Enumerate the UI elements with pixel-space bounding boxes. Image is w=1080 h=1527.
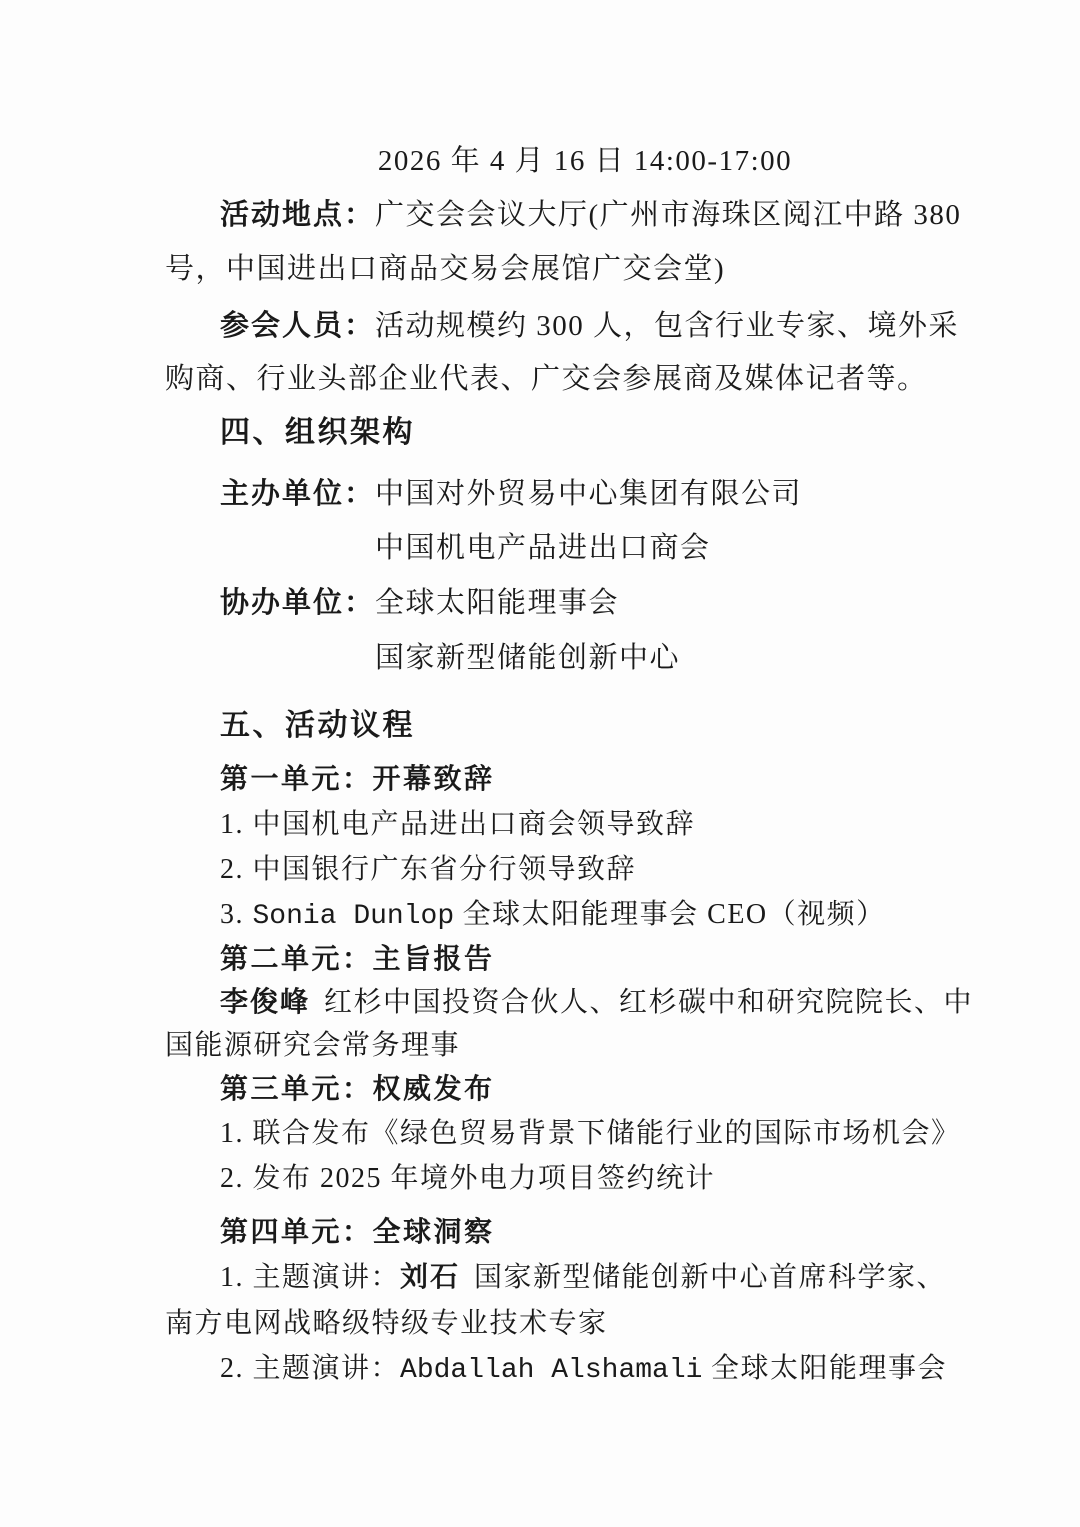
org-structure-heading-text: 四、组织架构 <box>220 416 415 449</box>
participants-text: 活动规模约 300 人，包含行业专家、境外采 <box>375 310 959 342</box>
unit1-item-2: 2. 中国银行广东省分行领导致辞 <box>220 853 925 887</box>
unit1-item-3-rest: 全球太阳能理事会 CEO（视频） <box>454 899 886 930</box>
unit4-item-1: 1. 主题演讲：刘石国家新型储能创新中心首席科学家、 <box>220 1261 925 1295</box>
unit4-item-2-prefix: 2. 主题演讲： <box>220 1353 400 1384</box>
unit4-item-2-rest: 全球太阳能理事会 <box>702 1353 947 1384</box>
unit3-item-2: 2. 发布 2025 年境外电力项目签约统计 <box>220 1162 925 1196</box>
unit2-speaker-name: 李俊峰 <box>220 987 310 1018</box>
unit3-item-1-text: 1. 联合发布《绿色贸易背景下储能行业的国际市场机会》 <box>220 1118 961 1149</box>
unit2-speaker-desc-continuation-text: 国能源研究会常务理事 <box>165 1030 460 1061</box>
unit3-title: 第三单元：权威发布 <box>220 1073 925 1107</box>
unit3-item-2-text: 2. 发布 2025 年境外电力项目签约统计 <box>220 1163 715 1194</box>
unit1-item-3-prefix: 3. <box>220 899 253 930</box>
unit4-item-1-prefix: 1. 主题演讲： <box>220 1262 400 1293</box>
participants-label: 参会人员： <box>220 310 375 342</box>
location-continuation: 号，中国进出口商品交易会展馆广交会堂) <box>165 253 725 285</box>
unit4-title-text: 第四单元：全球洞察 <box>220 1217 495 1248</box>
participants-line-2: 购商、行业头部企业代表、广交会参展商及媒体记者等。 <box>165 362 925 396</box>
host-org-2: 中国机电产品进出口商会 <box>375 532 711 564</box>
cohost-label: 协办单位： <box>220 587 375 619</box>
agenda-heading-text: 五、活动议程 <box>220 709 415 742</box>
org-structure-heading: 四、组织架构 <box>220 416 925 450</box>
unit3-title-text: 第三单元：权威发布 <box>220 1074 495 1105</box>
unit3-item-1: 1. 联合发布《绿色贸易背景下储能行业的国际市场机会》 <box>220 1117 925 1151</box>
document-page: 2026 年 4 月 16 日 14:00-17:00 活动地点：广交会会议大厅… <box>0 0 1080 1527</box>
unit1-title-text: 第一单元：开幕致辞 <box>220 764 495 795</box>
unit1-item-3-speaker-name: Sonia Dunlop <box>253 901 455 932</box>
event-datetime-text: 2026 年 4 月 16 日 14:00-17:00 <box>378 145 792 177</box>
unit2-title-text: 第二单元：主旨报告 <box>220 944 495 975</box>
unit4-speaker-name: 刘石 <box>400 1262 460 1293</box>
event-datetime: 2026 年 4 月 16 日 14:00-17:00 <box>165 144 960 178</box>
unit1-item-1-text: 1. 中国机电产品进出口商会领导致辞 <box>220 809 695 840</box>
unit4-item-1-continuation: 南方电网战略级特级专业技术专家 <box>165 1307 925 1341</box>
unit1-title: 第一单元：开幕致辞 <box>220 763 925 797</box>
unit1-item-3: 3. Sonia Dunlop 全球太阳能理事会 CEO（视频） <box>220 898 925 934</box>
location-line-1: 活动地点：广交会会议大厅(广州市海珠区阅江中路 380 <box>220 198 925 232</box>
unit4-item-1-desc: 国家新型储能创新中心首席科学家、 <box>474 1262 946 1293</box>
location-line-2: 号，中国进出口商品交易会展馆广交会堂) <box>165 252 925 286</box>
unit4-item-1-continuation-text: 南方电网战略级特级专业技术专家 <box>165 1308 608 1339</box>
unit1-item-1: 1. 中国机电产品进出口商会领导致辞 <box>220 808 925 842</box>
host-line: 主办单位：中国对外贸易中心集团有限公司 <box>220 477 925 511</box>
host-org-1: 中国对外贸易中心集团有限公司 <box>375 478 802 510</box>
cohost-org-1: 全球太阳能理事会 <box>375 587 619 619</box>
cohost-org-2: 国家新型储能创新中心 <box>375 642 680 674</box>
host-label: 主办单位： <box>220 478 375 510</box>
unit2-speaker-desc: 红杉中国投资合伙人、红杉碳中和研究院院长、中 <box>324 987 973 1018</box>
agenda-heading: 五、活动议程 <box>220 709 925 743</box>
host-org-2-line: 中国机电产品进出口商会 <box>375 531 925 565</box>
unit4-item-2: 2. 主题演讲：Abdallah Alshamali 全球太阳能理事会 <box>220 1352 925 1388</box>
participants-line-1: 参会人员：活动规模约 300 人，包含行业专家、境外采 <box>220 309 925 343</box>
location-label: 活动地点： <box>220 199 375 231</box>
unit1-item-2-text: 2. 中国银行广东省分行领导致辞 <box>220 854 636 885</box>
unit2-title: 第二单元：主旨报告 <box>220 943 925 977</box>
location-text: 广交会会议大厅(广州市海珠区阅江中路 380 <box>375 199 961 231</box>
unit2-speaker-line: 李俊峰红杉中国投资合伙人、红杉碳中和研究院院长、中 <box>220 986 925 1020</box>
unit2-speaker-desc-continuation: 国能源研究会常务理事 <box>165 1029 925 1063</box>
unit4-title: 第四单元：全球洞察 <box>220 1216 925 1250</box>
unit4-item-2-speaker-name: Abdallah Alshamali <box>400 1355 702 1386</box>
cohost-org-2-line: 国家新型储能创新中心 <box>375 641 925 675</box>
cohost-line: 协办单位：全球太阳能理事会 <box>220 586 925 620</box>
participants-continuation: 购商、行业头部企业代表、广交会参展商及媒体记者等。 <box>165 363 928 395</box>
